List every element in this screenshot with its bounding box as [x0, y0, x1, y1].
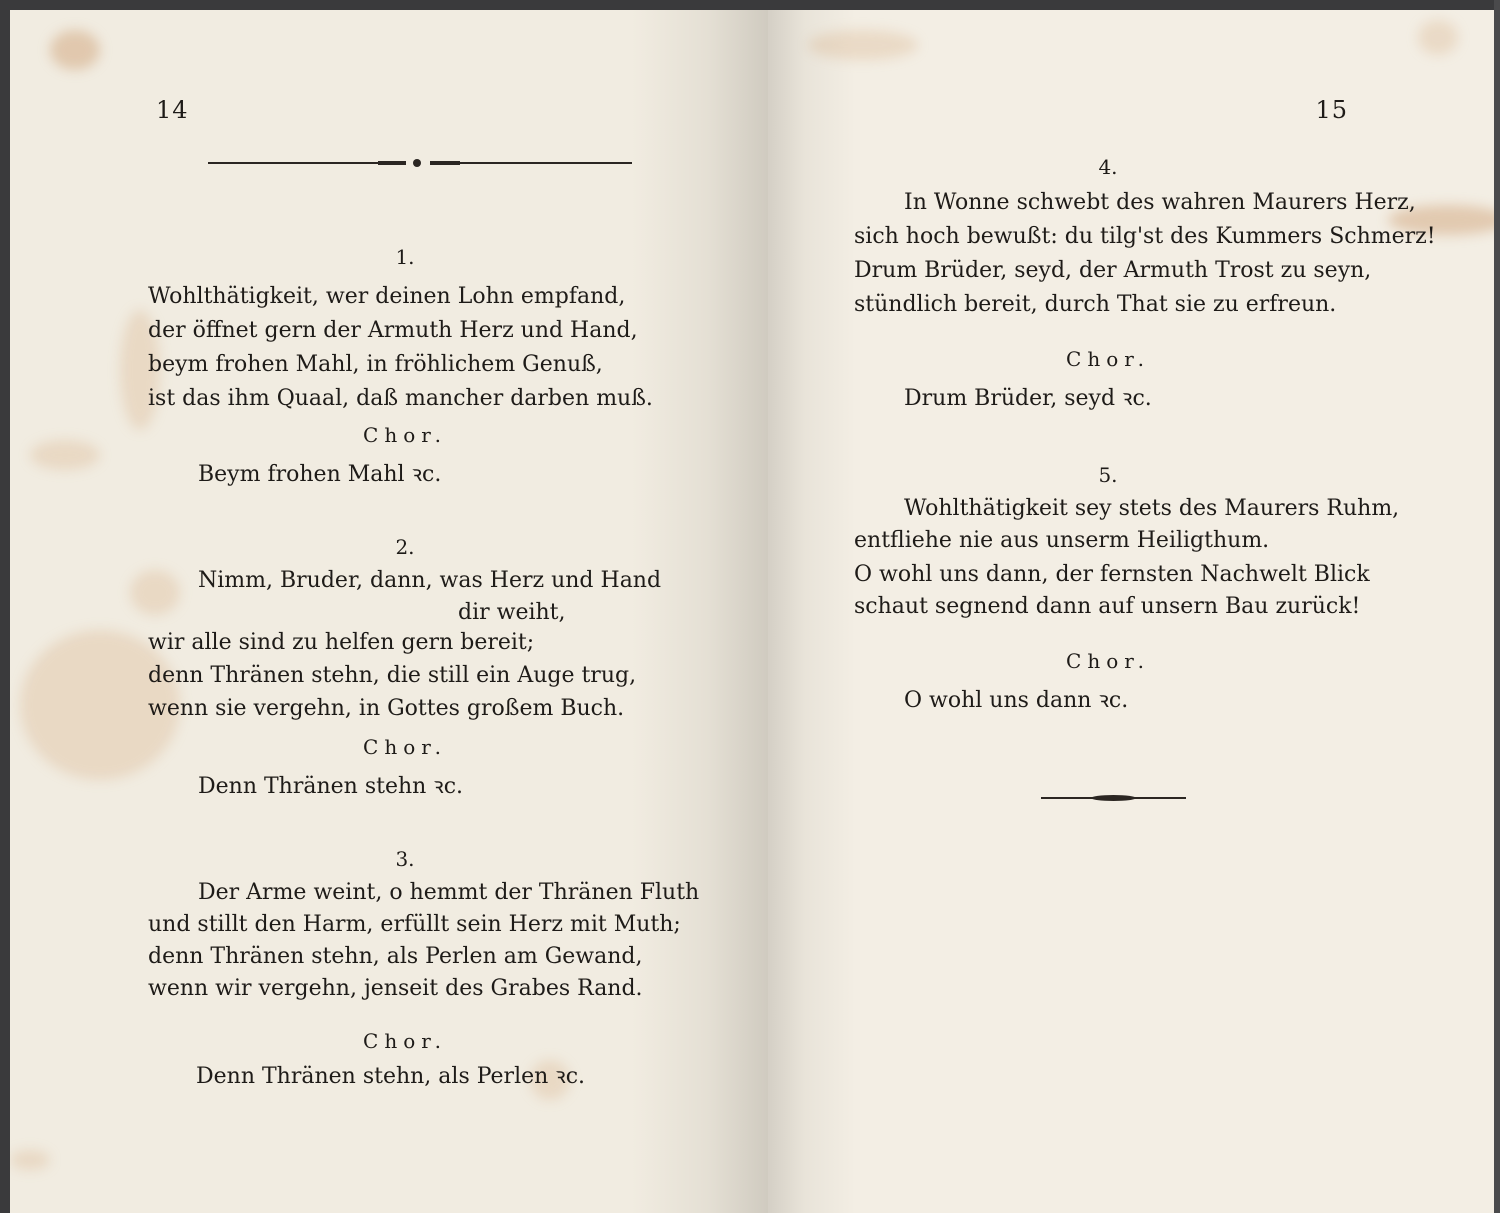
stain [130, 570, 180, 615]
scan-border [1494, 0, 1500, 1213]
stain [10, 1150, 50, 1170]
chorus-label: Chor. [10, 420, 768, 450]
chorus-text: Denn Thränen stehn ꝛc. [198, 772, 463, 802]
ornament-divider [208, 156, 632, 170]
stanza-number: 3. [10, 844, 768, 874]
left-page: 14 1. Wohlthätigkeit, wer deinen Lohn em… [10, 10, 768, 1213]
verse-line: Der Arme weint, o hemmt der Thränen Flut… [198, 878, 699, 908]
stanza-number: 4. [768, 152, 1448, 182]
ornament-end-rule [1041, 794, 1186, 802]
verse-line: wir alle sind zu helfen gern bereit; [148, 628, 534, 658]
chorus-label: Chor. [10, 732, 768, 762]
book-spread: 14 1. Wohlthätigkeit, wer deinen Lohn em… [10, 10, 1498, 1213]
verse-line: Wohlthätigkeit sey stets des Maurers Ruh… [904, 494, 1399, 524]
chorus-label: Chor. [768, 646, 1448, 676]
stain [808, 30, 918, 60]
verse-line: sich hoch bewußt: du tilg'st des Kummers… [854, 222, 1436, 252]
stanza-number: 2. [10, 532, 768, 562]
verse-line: Nimm, Bruder, dann, was Herz und Hand [198, 566, 661, 596]
chorus-text: Denn Thränen stehn, als Perlen ꝛc. [196, 1062, 585, 1092]
verse-line: Wohlthätigkeit, wer deinen Lohn empfand, [148, 282, 625, 312]
verse-line: Drum Brüder, seyd, der Armuth Trost zu s… [854, 256, 1371, 286]
verse-line: denn Thränen stehn, die still ein Auge t… [148, 661, 636, 691]
verse-line: und stillt den Harm, erfüllt sein Herz m… [148, 910, 681, 940]
verse-line: dir weiht, [458, 598, 566, 628]
verse-line: denn Thränen stehn, als Perlen am Gewand… [148, 942, 643, 972]
verse-line: wenn wir vergehn, jenseit des Grabes Ran… [148, 974, 643, 1004]
verse-line: entfliehe nie aus unserm Heiligthum. [854, 526, 1269, 556]
chorus-label: Chor. [10, 1026, 768, 1056]
stanza-number: 1. [10, 242, 768, 272]
verse-line: beym frohen Mahl, in fröhlichem Genuß, [148, 350, 603, 380]
verse-line: der öffnet gern der Armuth Herz und Hand… [148, 316, 638, 346]
page-number: 14 [156, 96, 189, 124]
page-number: 15 [1315, 96, 1348, 124]
chorus-text: Drum Brüder, seyd ꝛc. [904, 384, 1152, 414]
stain [1418, 20, 1458, 55]
chorus-label: Chor. [768, 344, 1448, 374]
chorus-text: O wohl uns dann ꝛc. [904, 686, 1128, 716]
verse-line: O wohl uns dann, der fernsten Nachwelt B… [854, 560, 1370, 590]
verse-line: schaut segnend dann auf unsern Bau zurüc… [854, 592, 1360, 622]
verse-line: ist das ihm Quaal, daß mancher darben mu… [148, 384, 653, 414]
chorus-text: Beym frohen Mahl ꝛc. [198, 460, 441, 490]
verse-line: stündlich bereit, durch That sie zu erfr… [854, 290, 1336, 320]
stain [50, 30, 100, 70]
stanza-number: 5. [768, 460, 1448, 490]
verse-line: In Wonne schwebt des wahren Maurers Herz… [904, 188, 1416, 218]
verse-line: wenn sie vergehn, in Gottes großem Buch. [148, 694, 624, 724]
right-page: 15 4. In Wonne schwebt des wahren Maurer… [768, 10, 1498, 1213]
